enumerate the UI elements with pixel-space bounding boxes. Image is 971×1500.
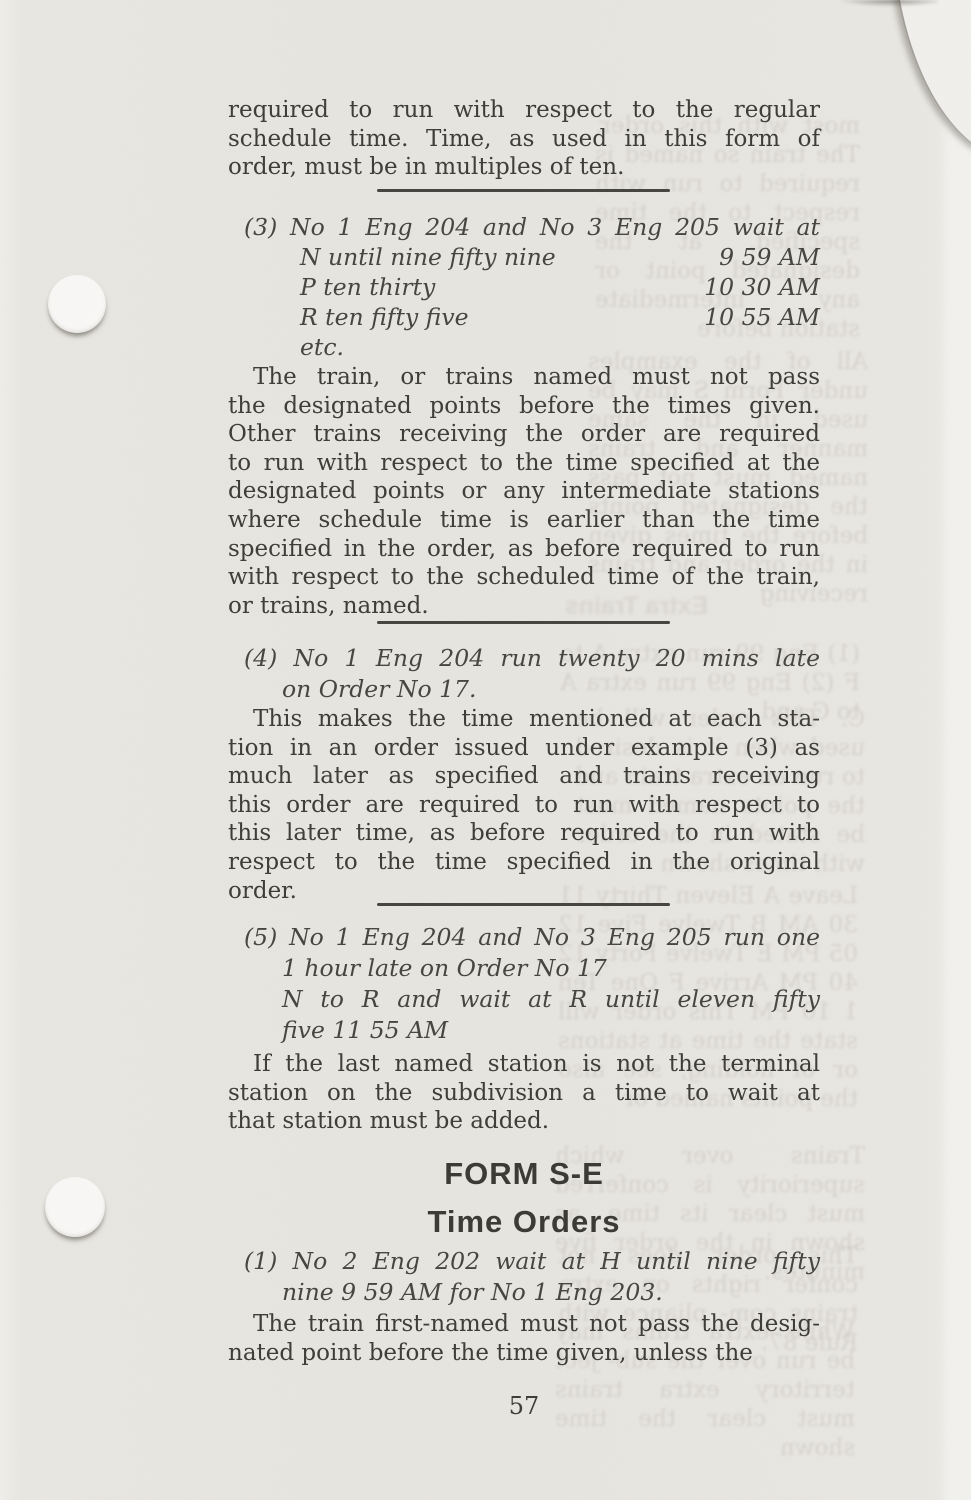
paragraph-pass: The train, or trains named must not pass…: [228, 363, 820, 620]
example-line: 1 hour late on Order No 17: [228, 953, 820, 984]
example-line: (5) No 1 Eng 204 and No 3 Eng 205 run on…: [228, 922, 820, 953]
text-line: order.: [228, 877, 820, 906]
text-line: much later as specified and trains recei…: [228, 762, 820, 791]
text-line: required to run with respect to the regu…: [228, 96, 820, 125]
example-3-schedule: N until nine fifty nine9 59 AMP ten thir…: [228, 242, 820, 332]
text-line: or trains, named.: [228, 592, 820, 621]
example-3-etc: etc.: [228, 332, 820, 362]
text-line: the designated points before the times g…: [228, 392, 820, 421]
punch-hole-top: [48, 275, 106, 333]
text-line: tion in an order issued under example (3…: [228, 734, 820, 763]
station-wait-label: N until nine fifty nine: [300, 242, 556, 272]
example-3-intro-line: (3) No 1 Eng 204 and No 3 Eng 205 wait a…: [228, 212, 820, 242]
example-line: nine 9 59 AM for No 1 Eng 203.: [228, 1277, 820, 1308]
scan-right-edge: [938, 0, 971, 1500]
paragraph-intro: required to run with respect to the regu…: [228, 96, 820, 182]
text-line: to run with respect to the time specifie…: [228, 449, 820, 478]
example-4: (4) No 1 Eng 204 run twenty 20 mins late…: [228, 643, 820, 705]
schedule-row: P ten thirty10 30 AM: [228, 272, 820, 302]
text-line: station on the subdivision a time to wai…: [228, 1079, 820, 1108]
text-line: Other trains receiving the order are req…: [228, 420, 820, 449]
text-line: with respect to the scheduled time of th…: [228, 563, 820, 592]
station-wait-label: P ten thirty: [300, 272, 435, 302]
text-line: that station must be added.: [228, 1107, 820, 1136]
example-line: (4) No 1 Eng 204 run twenty 20 mins late: [228, 643, 820, 674]
example-line: on Order No 17.: [228, 674, 820, 705]
form-heading: FORM S-E: [228, 1156, 820, 1192]
section-divider-3: [377, 903, 670, 906]
text-line: This makes the time mentioned at each st…: [228, 705, 820, 734]
text-line: The train, or trains named must not pass: [228, 363, 820, 392]
wait-time-value: 10 30 AM: [704, 272, 820, 302]
text-line: designated points or any intermediate st…: [228, 477, 820, 506]
schedule-row: R ten fifty five10 55 AM: [228, 302, 820, 332]
wait-time-value: 10 55 AM: [704, 302, 820, 332]
example-5: (5) No 1 Eng 204 and No 3 Eng 205 run on…: [228, 922, 820, 1046]
scanned-book-page: most with this order. The train so named…: [0, 0, 971, 1500]
text-line: order, must be in multiples of ten.: [228, 153, 820, 182]
text-line: respect to the time specified in the ori…: [228, 848, 820, 877]
example-line: five 11 55 AM: [228, 1015, 820, 1046]
text-line: where schedule time is earlier than the …: [228, 506, 820, 535]
text-line: this later time, as before required to r…: [228, 819, 820, 848]
text-line: If the last named station is not the ter…: [228, 1050, 820, 1079]
text-line: nated point before the time given, unles…: [228, 1339, 820, 1368]
scan-corner-shadow: [838, 0, 938, 7]
paragraph-terminal: If the last named station is not the ter…: [228, 1050, 820, 1136]
schedule-row: N until nine fifty nine9 59 AM: [228, 242, 820, 272]
paragraph-first-named: The train first-named must not pass the …: [228, 1310, 820, 1367]
text-line: schedule time. Time, as used in this for…: [228, 125, 820, 154]
section-divider-2: [377, 621, 670, 624]
station-wait-label: R ten fifty five: [300, 302, 469, 332]
example-line: (1) No 2 Eng 202 wait at H until nine fi…: [228, 1246, 820, 1277]
example-3: (3) No 1 Eng 204 and No 3 Eng 205 wait a…: [228, 212, 820, 362]
text-line: this order are required to run with resp…: [228, 791, 820, 820]
example-line: N to R and wait at R until eleven fifty: [228, 984, 820, 1015]
text-line: The train first-named must not pass the …: [228, 1310, 820, 1339]
page-number: 57: [228, 1392, 820, 1420]
text-line: specified in the order, as before requir…: [228, 535, 820, 564]
section-divider-1: [377, 189, 670, 192]
paragraph-later: This makes the time mentioned at each st…: [228, 705, 820, 905]
section-heading: Time Orders: [228, 1204, 820, 1240]
example-1: (1) No 2 Eng 202 wait at H until nine fi…: [228, 1246, 820, 1308]
wait-time-value: 9 59 AM: [719, 242, 820, 272]
punch-hole-bottom: [45, 1177, 105, 1237]
